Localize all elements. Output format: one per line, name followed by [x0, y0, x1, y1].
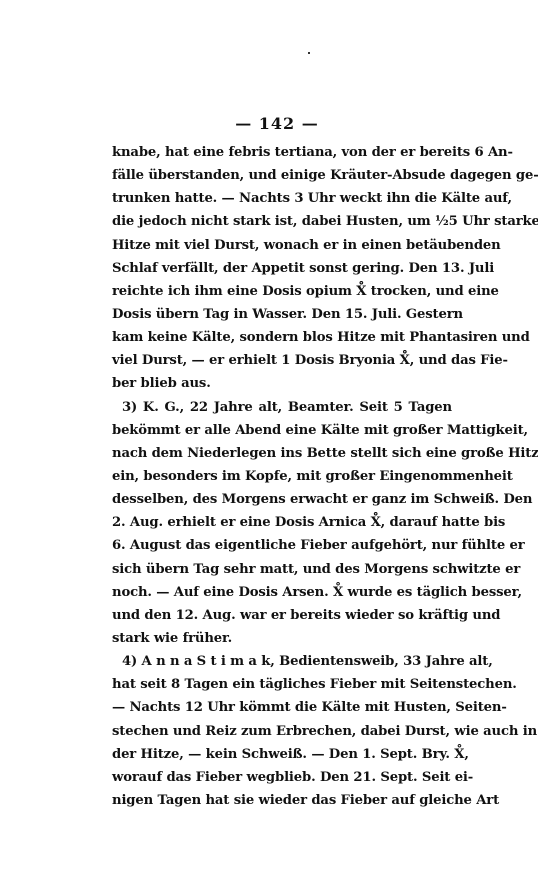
text-line: worauf das Fieber wegblieb. Den 21. Sept…	[112, 766, 452, 789]
text-line: 2. Aug. erhielt er eine Dosis Arnica X̊̊…	[112, 511, 452, 534]
text-line: und den 12. Aug. war er bereits wieder s…	[112, 604, 452, 627]
text-line: kam keine Kälte, sondern blos Hitze mit …	[112, 326, 452, 349]
text-line: sich übern Tag sehr matt, und des Morgen…	[112, 558, 452, 581]
text-line: trunken hatte. — Nachts 3 Uhr weckt ihn …	[112, 187, 452, 210]
text-line: — Nachts 12 Uhr kömmt die Kälte mit Hust…	[112, 696, 452, 719]
text-line-paragraph-end: ber blieb aus.	[112, 372, 452, 395]
book-page: — 142 — knabe, hat eine febris tertiana,…	[0, 0, 538, 892]
text-line: die jedoch nicht stark ist, dabei Husten…	[112, 210, 452, 233]
text-line: viel Durst, — er erhielt 1 Dosis Bryonia…	[112, 349, 452, 372]
page-number: — 142 —	[8, 114, 538, 133]
text-line: knabe, hat eine febris tertiana, von der…	[112, 141, 452, 164]
text-line: stechen und Reiz zum Erbrechen, dabei Du…	[112, 720, 452, 743]
text-line: nach dem Niederlegen ins Bette stellt si…	[112, 442, 452, 465]
text-line: hat seit 8 Tagen ein tägliches Fieber mi…	[112, 673, 452, 696]
text-line: desselben, des Morgens erwacht er ganz i…	[112, 488, 452, 511]
text-line-paragraph-end: stark wie früher.	[112, 627, 452, 650]
case-4-heading-line: 4) A n n a S t i m a k, Bedientensweib, …	[112, 650, 452, 673]
text-line: noch. — Auf eine Dosis Arsen. X̊ wurde e…	[112, 581, 452, 604]
body-text: knabe, hat eine febris tertiana, von der…	[112, 141, 452, 812]
text-line: ein, besonders im Kopfe, mit großer Eing…	[112, 465, 452, 488]
text-line: reichte ich ihm eine Dosis opium X̊̊ tro…	[112, 280, 452, 303]
text-line: fälle überstanden, und einige Kräuter-Ab…	[112, 164, 452, 187]
case-3-heading-line: 3) K. G., 22 Jahre alt, Beamter. Seit 5 …	[112, 396, 452, 419]
text-line: Dosis übern Tag in Wasser. Den 15. Juli.…	[112, 303, 452, 326]
text-line: der Hitze, — kein Schweiß. — Den 1. Sept…	[112, 743, 452, 766]
text-line: Hitze mit viel Durst, wonach er in einen…	[112, 234, 452, 257]
text-line: 6. August das eigentliche Fieber aufgehö…	[112, 534, 452, 557]
scan-speck	[308, 52, 310, 54]
text-line: bekömmt er alle Abend eine Kälte mit gro…	[112, 419, 452, 442]
text-line: Schlaf verfällt, der Appetit sonst gerin…	[112, 257, 452, 280]
text-line: nigen Tagen hat sie wieder das Fieber au…	[112, 789, 452, 812]
